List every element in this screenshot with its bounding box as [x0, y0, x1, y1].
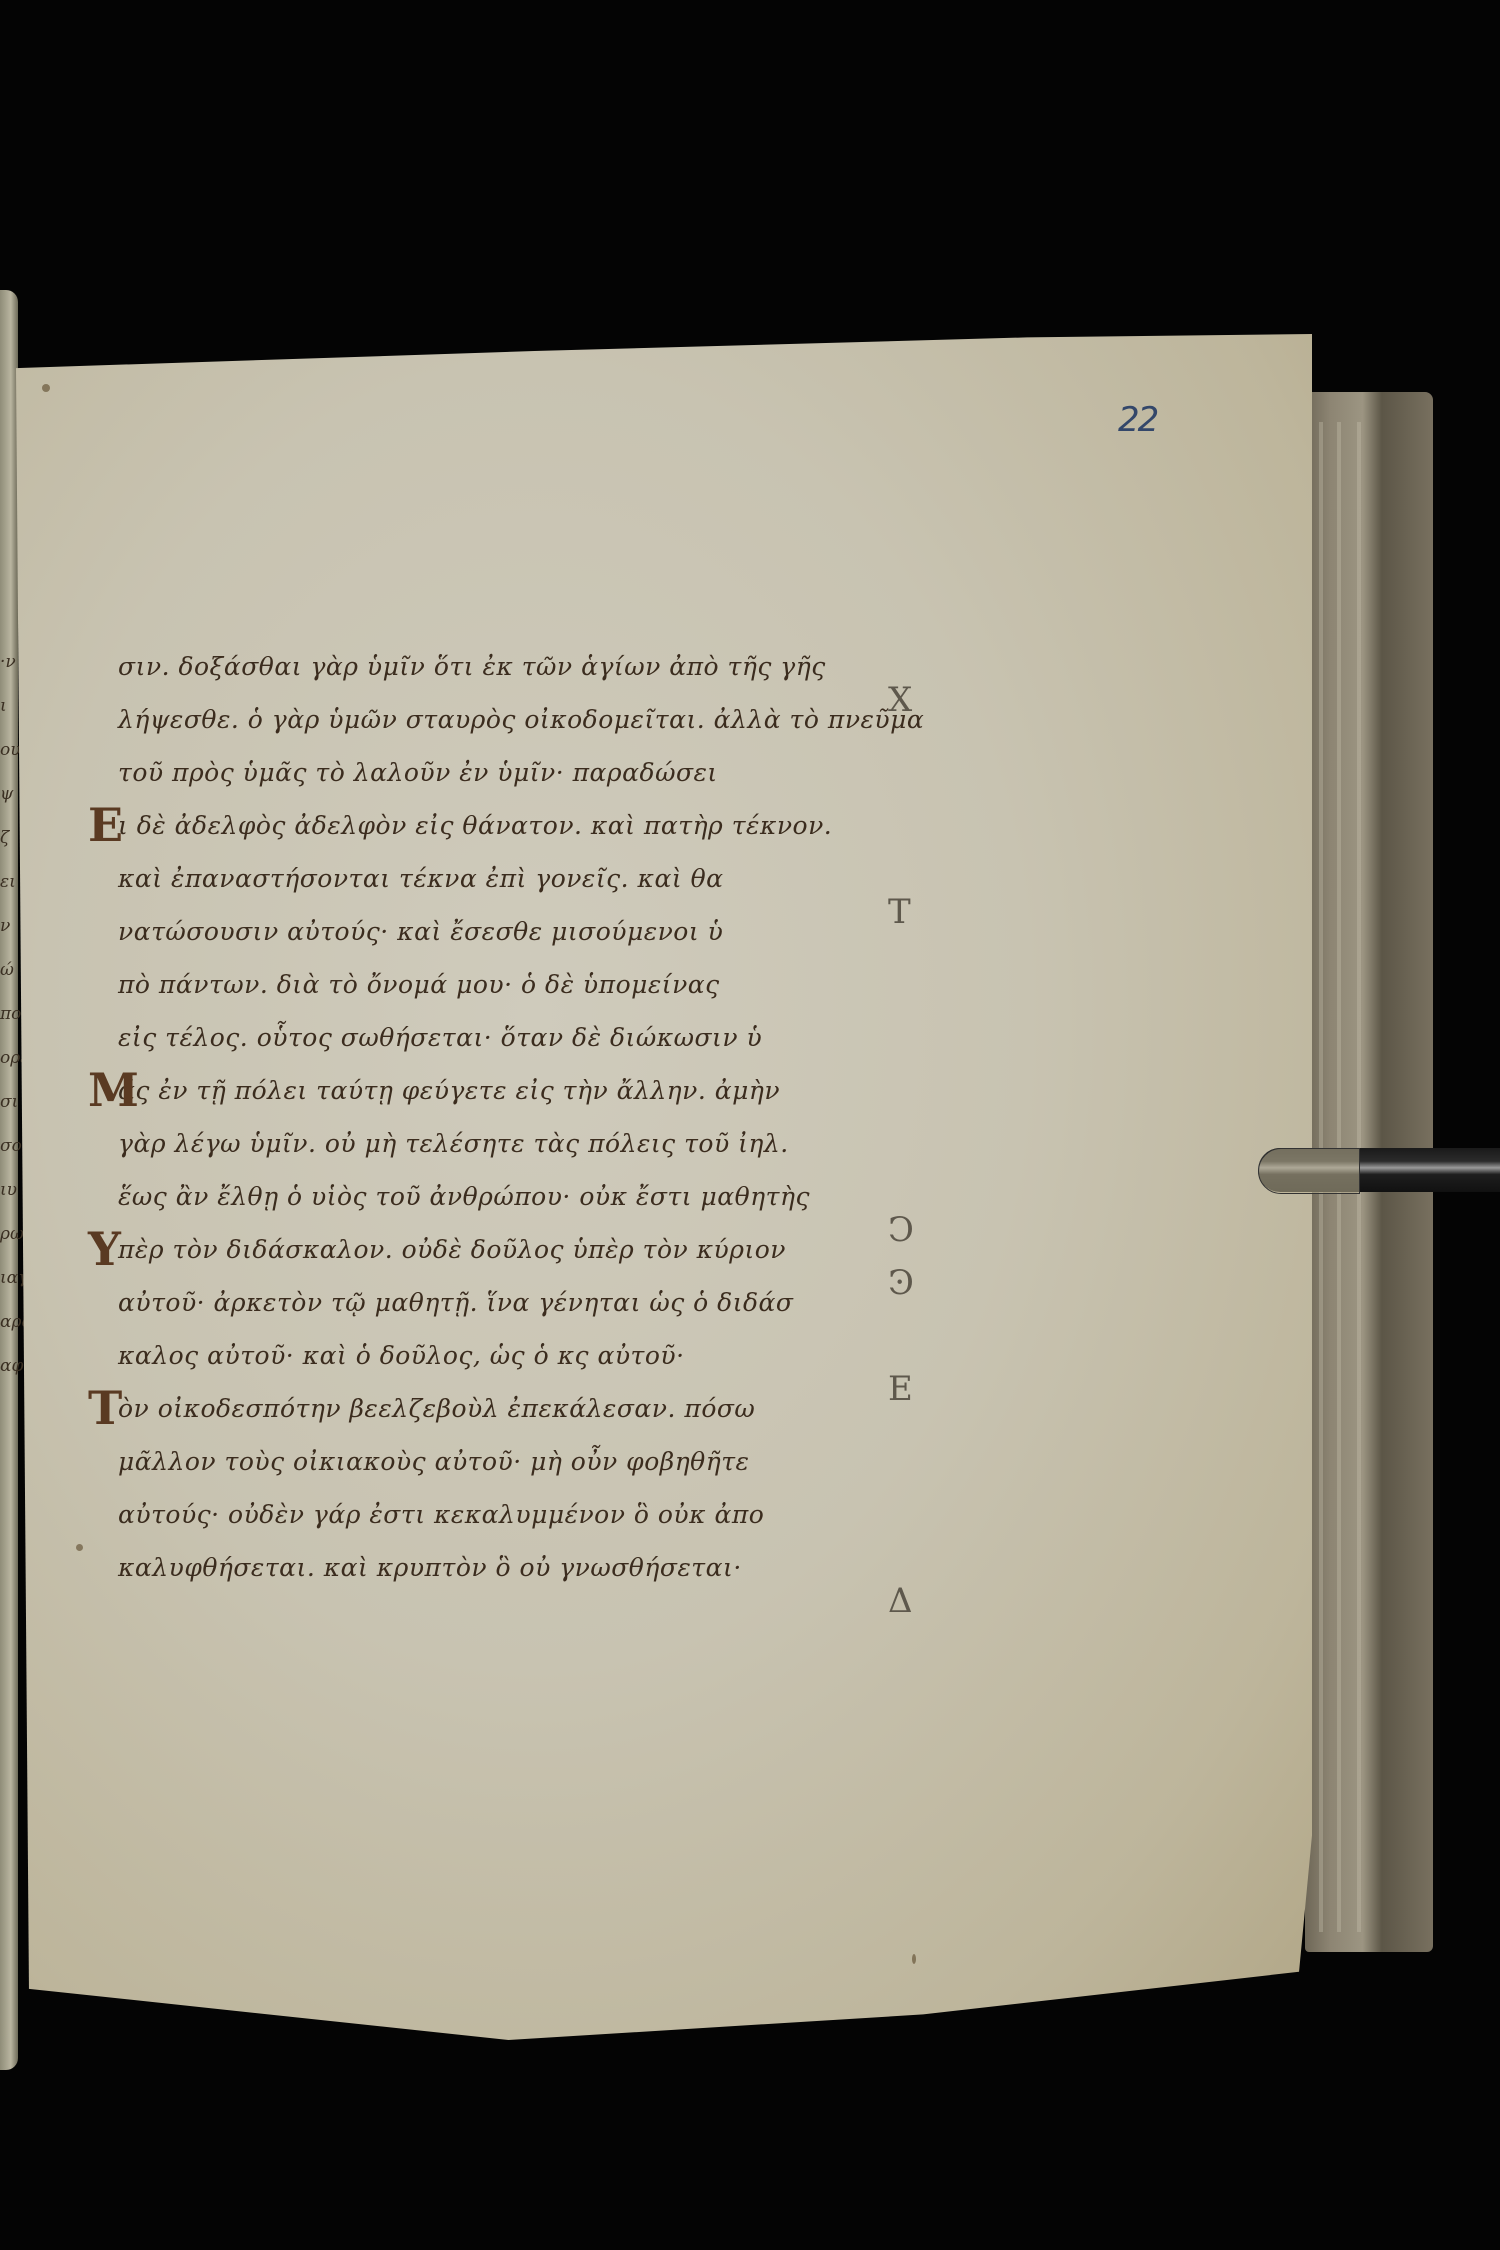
text-line: γὰρ λέγω ὑμῖν. οὐ μὴ τελέσητε τὰς πόλεις…: [118, 1117, 898, 1170]
text-line-content: τοῦ πρὸς ὑμᾶς τὸ λαλοῦν ἐν ὑμῖν· παραδώσ…: [118, 758, 718, 787]
text-line-content: πὲρ τὸν διδάσκαλον. οὐδὲ δοῦλος ὑπὲρ τὸν…: [118, 1235, 786, 1264]
photo-scene: ·νιουψζεινώποορεσισοιυρωιαγιαρααφι 22 σι…: [0, 0, 1500, 2250]
main-text-block: σιν. δοξάσθαι γὰρ ὑμῖν ὅτι ἐκ τῶν ἁγίων …: [118, 640, 898, 1594]
rubric-initial: Ε: [88, 799, 124, 852]
text-line-content: νατώσουσιν αὐτούς· καὶ ἔσεσθε μισούμενοι…: [118, 917, 723, 946]
text-line: τοῦ πρὸς ὑμᾶς τὸ λαλοῦν ἐν ὑμῖν· παραδώσ…: [118, 746, 898, 799]
margin-mark: Δ: [888, 1581, 913, 1621]
text-line: πὸ πάντων. διὰ τὸ ὄνομά μου· ὁ δὲ ὑπομεί…: [118, 958, 898, 1011]
text-line-content: λήψεσθε. ὁ γὰρ ὑμῶν σταυρὸς οἰκοδομεῖται…: [118, 705, 924, 734]
margin-mark: Ͽ: [888, 1263, 914, 1303]
text-line-content: ὸν οἰκοδεσπότην βεελζεβοὺλ ἐπεκάλεσαν. π…: [118, 1394, 755, 1423]
text-line-content: ἕως ἂν ἔλθῃ ὁ υἱὸς τοῦ ἀνθρώπου· οὐκ ἔστ…: [118, 1182, 810, 1211]
margin-mark: Χ: [888, 680, 912, 720]
rubric-initial: Υ: [88, 1223, 121, 1276]
margin-mark: Τ: [888, 892, 911, 932]
text-line-content: σιν. δοξάσθαι γὰρ ὑμῖν ὅτι ἐκ τῶν ἁγίων …: [118, 652, 826, 681]
text-line: καλυφθήσεται. καὶ κρυπτὸν ὃ οὐ γνωσθήσετ…: [118, 1541, 898, 1594]
text-line: Ει δὲ ἀδελφὸς ἀδελφὸν εἰς θάνατον. καὶ π…: [118, 799, 898, 852]
text-line-content: πὸ πάντων. διὰ τὸ ὄνομά μου· ὁ δὲ ὑπομεί…: [118, 970, 720, 999]
margin-mark: Ε: [888, 1369, 913, 1409]
page-weight-clip-tip: [1258, 1148, 1360, 1194]
foxing-spot: [912, 1954, 916, 1964]
rubric-initial: Μ: [88, 1064, 139, 1117]
text-line-content: ᾶς ἐν τῇ πόλει ταύτῃ φεύγετε εἰς τὴν ἄλλ…: [118, 1076, 780, 1105]
text-line: λήψεσθε. ὁ γὰρ ὑμῶν σταυρὸς οἰκοδομεῖται…: [118, 693, 898, 746]
text-line: Μᾶς ἐν τῇ πόλει ταύτῃ φεύγετε εἰς τὴν ἄλ…: [118, 1064, 898, 1117]
text-line: Τὸν οἰκοδεσπότην βεελζεβοὺλ ἐπεκάλεσαν. …: [118, 1382, 898, 1435]
text-line-content: μᾶλλον τοὺς οἰκιακοὺς αὐτοῦ· μὴ οὖν φοβη…: [118, 1447, 749, 1476]
text-line-content: εἰς τέλος. οὗτος σωθήσεται· ὅταν δὲ διώκ…: [118, 1023, 762, 1052]
foxing-spot: [42, 384, 50, 392]
text-line: ἕως ἂν ἔλθῃ ὁ υἱὸς τοῦ ἀνθρώπου· οὐκ ἔστ…: [118, 1170, 898, 1223]
margin-mark: Ͻ: [888, 1210, 914, 1250]
text-line-content: καλος αὐτοῦ· καὶ ὁ δοῦλος, ὡς ὁ κς αὐτοῦ…: [118, 1341, 685, 1370]
text-line-content: καλυφθήσεται. καὶ κρυπτὸν ὃ οὐ γνωσθήσετ…: [118, 1553, 742, 1582]
text-line: καὶ ἐπαναστήσονται τέκνα ἐπὶ γονεῖς. καὶ…: [118, 852, 898, 905]
text-line: νατώσουσιν αὐτούς· καὶ ἔσεσθε μισούμενοι…: [118, 905, 898, 958]
text-line: καλος αὐτοῦ· καὶ ὁ δοῦλος, ὡς ὁ κς αὐτοῦ…: [118, 1329, 898, 1382]
text-line: σιν. δοξάσθαι γὰρ ὑμῖν ὅτι ἐκ τῶν ἁγίων …: [118, 640, 898, 693]
text-line: αὐτοῦ· ἀρκετὸν τῷ μαθητῇ. ἵνα γένηται ὡς…: [118, 1276, 898, 1329]
text-line-content: αὐτούς· οὐδὲν γάρ ἐστι κεκαλυμμένον ὃ οὐ…: [118, 1500, 764, 1529]
text-line-content: γὰρ λέγω ὑμῖν. οὐ μὴ τελέσητε τὰς πόλεις…: [118, 1129, 789, 1158]
text-line: εἰς τέλος. οὗτος σωθήσεται· ὅταν δὲ διώκ…: [118, 1011, 898, 1064]
text-line-content: αὐτοῦ· ἀρκετὸν τῷ μαθητῇ. ἵνα γένηται ὡς…: [118, 1288, 794, 1317]
folio-number: 22: [1118, 400, 1157, 440]
text-line-content: ι δὲ ἀδελφὸς ἀδελφὸν εἰς θάνατον. καὶ πα…: [118, 811, 832, 840]
text-line-content: καὶ ἐπαναστήσονται τέκνα ἐπὶ γονεῖς. καὶ…: [118, 864, 724, 893]
text-line: αὐτούς· οὐδὲν γάρ ἐστι κεκαλυμμένον ὃ οὐ…: [118, 1488, 898, 1541]
foxing-spot: [76, 1544, 83, 1551]
text-line: Υπὲρ τὸν διδάσκαλον. οὐδὲ δοῦλος ὑπὲρ τὸ…: [118, 1223, 898, 1276]
text-line: μᾶλλον τοὺς οἰκιακοὺς αὐτοῦ· μὴ οὖν φοβη…: [118, 1435, 898, 1488]
rubric-initial: Τ: [88, 1382, 123, 1435]
